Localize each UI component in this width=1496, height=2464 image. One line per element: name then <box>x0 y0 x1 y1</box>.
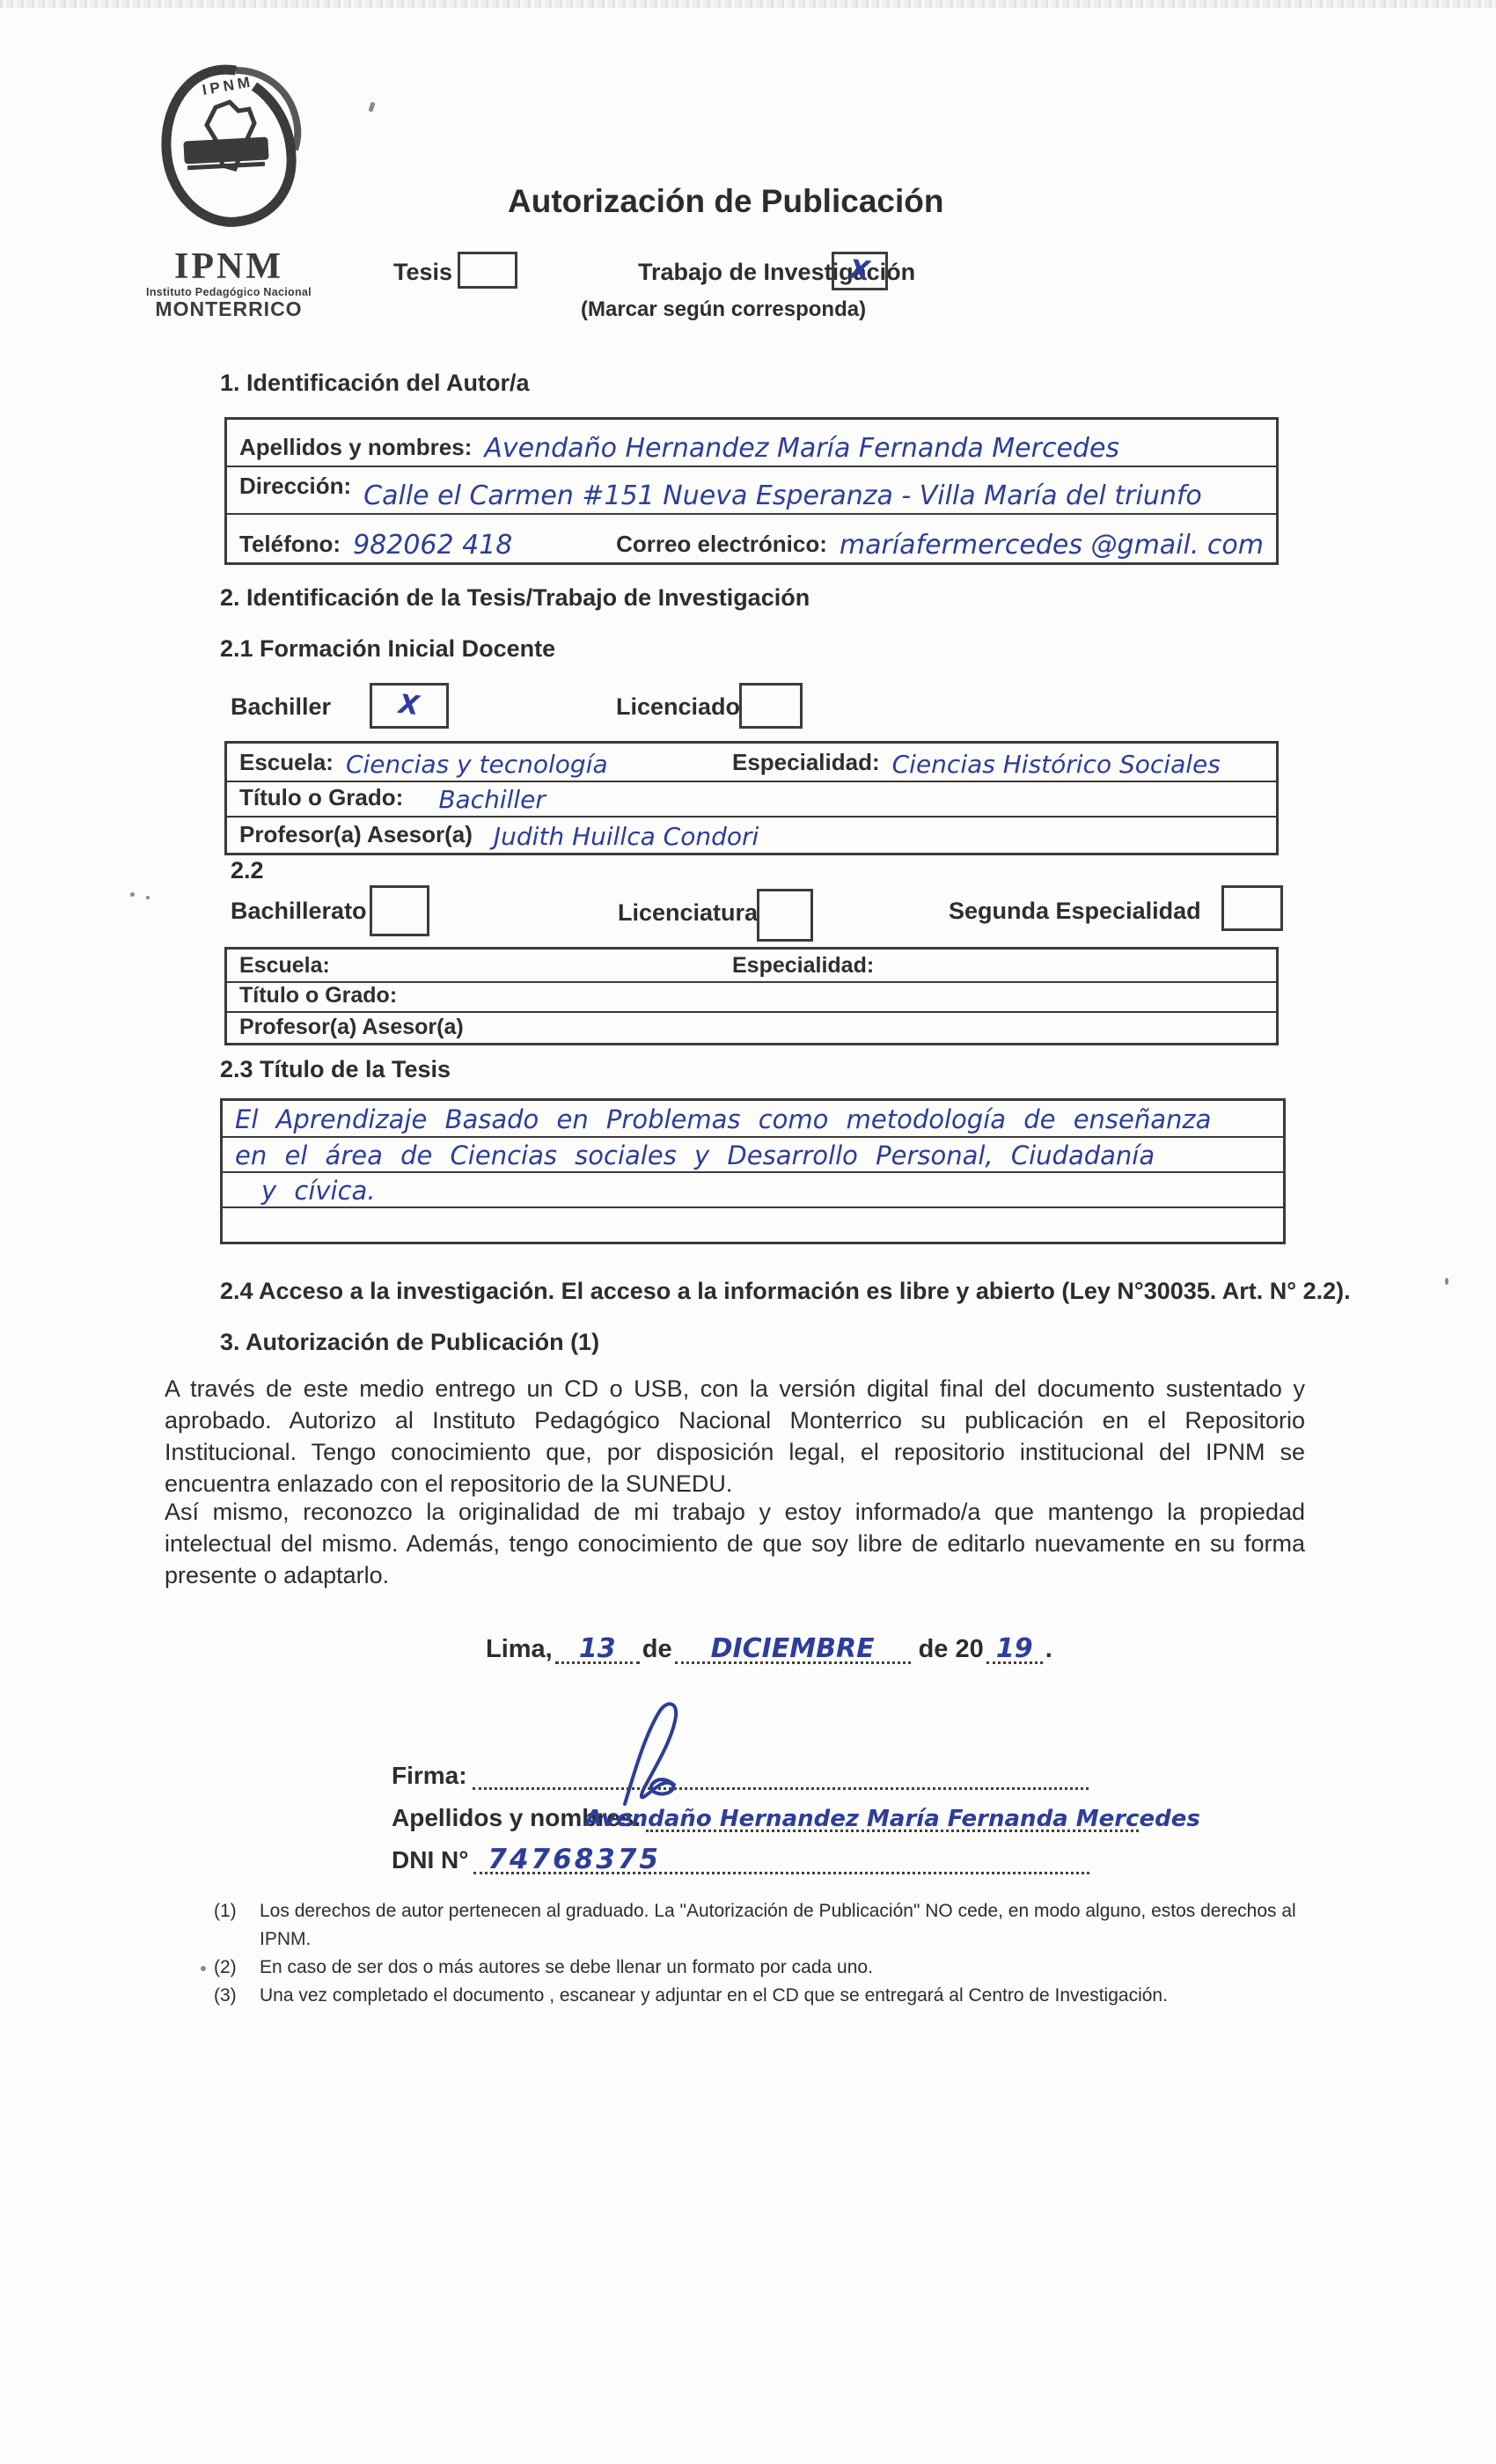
ink-speck <box>368 101 375 112</box>
date-suffix: . <box>1045 1635 1052 1664</box>
footnote-2: (2) En caso de ser dos o más autores se … <box>214 1954 1349 1982</box>
thesis-title-line: en el área de Ciencias sociales y Desarr… <box>223 1136 1283 1171</box>
footnote-2-number: (2) <box>214 1954 237 1982</box>
apellidos-nombres-field: Avendaño Hernandez María Fernanda Merced… <box>646 1808 1139 1832</box>
apellidos-row: Apellidos y nombres. Avendaño Hernandez … <box>392 1804 1141 1832</box>
date-day-field: 13 <box>555 1637 640 1664</box>
table-row-profesor: Profesor(a) Asesor(a) Judith Huillca Con… <box>227 816 1276 853</box>
date-day-value: 13 <box>579 1637 616 1661</box>
thesis-title-box: El Aprendizaje Basado en Problemas como … <box>220 1098 1286 1244</box>
section24-text: 2.4 Acceso a la investigación. El acceso… <box>220 1278 1351 1305</box>
section21-heading: 2.1 Formación Inicial Docente <box>220 635 555 663</box>
date-month-field: DICIEMBRE <box>675 1637 911 1664</box>
footnote-2-text: En caso de ser dos o más autores se debe… <box>260 1957 873 1977</box>
footnote-3-number: (3) <box>214 1982 237 2010</box>
table-row-escuela: Escuela: Ciencias y tecnología Especiali… <box>227 744 1276 781</box>
signature-icon <box>605 1697 729 1811</box>
formacion-inicial-table: Escuela: Ciencias y tecnología Especiali… <box>224 741 1279 855</box>
date-month-value: DICIEMBRE <box>711 1637 875 1661</box>
authorization-paragraph-2: Así mismo, reconozco la originalidad de … <box>165 1496 1305 1591</box>
tesis-checkbox <box>458 252 517 289</box>
dni-field: 74768375 <box>473 1847 1089 1874</box>
ink-speck <box>1445 1278 1448 1285</box>
firma-row: Firma: <box>392 1762 1091 1790</box>
thesis-title-line2: en el área de Ciencias sociales y Desarr… <box>235 1140 1155 1170</box>
bachillerato-label: Bachillerato <box>231 898 367 925</box>
trabajo-checkbox-mark: X <box>848 257 871 285</box>
author-table: Apellidos y nombres: Avendaño Hernandez … <box>224 417 1279 565</box>
date-year-value: 19 <box>996 1637 1033 1661</box>
thesis-title-line <box>223 1206 1283 1242</box>
bachiller-checkbox-mark: X <box>398 692 421 720</box>
licenciatura-label: Licenciatura <box>618 899 758 927</box>
date-de1: de <box>642 1635 672 1664</box>
trabajo-checkbox: X <box>832 252 888 290</box>
footnote-3: (3) Una vez completado el documento , es… <box>214 1982 1349 2010</box>
table-row-direccion: Dirección: Calle el Carmen #151 Nueva Es… <box>227 466 1276 513</box>
firma-field <box>473 1787 1089 1790</box>
footnote-1-number: (1) <box>214 1897 237 1925</box>
profesor-label: Profesor(a) Asesor(a) <box>239 821 473 848</box>
thesis-title-line: y cívica. <box>223 1171 1283 1206</box>
escuela-value: Ciencias y tecnología <box>346 750 608 779</box>
table-row-escuela-empty: Escuela: Especialidad: <box>227 950 1276 981</box>
date-prefix: Lima, <box>486 1635 553 1664</box>
direccion-label: Dirección: <box>239 467 351 500</box>
correo-value: maríafermercedes @gmail. com <box>840 530 1264 561</box>
scanner-edge-artifact <box>0 0 1496 8</box>
direccion-value: Calle el Carmen #151 Nueva Esperanza - V… <box>363 480 1202 511</box>
table-row-profesor-empty: Profesor(a) Asesor(a) <box>227 1011 1276 1043</box>
dni-row: DNI N° 74768375 <box>392 1846 1092 1874</box>
date-de2: de 20 <box>919 1635 984 1664</box>
footnote-1: (1) Los derechos de autor pertenecen al … <box>214 1897 1349 1954</box>
firma-label: Firma: <box>392 1762 467 1790</box>
ipnm-logo: IPNM IPNM Instituto Pedagógico Nacional … <box>141 58 317 319</box>
logo-acronym: IPNM <box>141 249 317 284</box>
section2-heading: 2. Identificación de la Tesis/Trabajo de… <box>220 584 810 612</box>
tesis-label: Tesis <box>393 259 452 286</box>
licenciado-checkbox <box>739 683 803 729</box>
section22-heading: 2.2 <box>231 857 264 884</box>
footnotes: (1) Los derechos de autor pertenecen al … <box>214 1897 1349 2010</box>
segunda-especialidad-checkbox <box>1221 885 1283 931</box>
section23-heading: 2.3 Título de la Tesis <box>220 1056 451 1083</box>
section3-heading: 3. Autorización de Publicación (1) <box>220 1329 599 1356</box>
titulo-label: Título o Grado: <box>239 983 397 1008</box>
table-row-titulo: Título o Grado: Bachiller <box>227 781 1276 816</box>
escuela-label: Escuela: <box>239 953 330 979</box>
apellidos-label: Apellidos y nombres: <box>239 434 472 461</box>
especialidad-value: Ciencias Histórico Sociales <box>892 750 1221 779</box>
section22-table: Escuela: Especialidad: Título o Grado: P… <box>224 947 1279 1045</box>
table-row-apellidos: Apellidos y nombres: Avendaño Hernandez … <box>227 420 1276 466</box>
dni-value: 74768375 <box>473 1847 661 1872</box>
bachiller-checkbox: X <box>370 683 449 729</box>
apellidos-nombres-value: Avendaño Hernandez María Fernanda Merced… <box>584 1808 1199 1830</box>
especialidad-label: Especialidad: <box>732 953 874 979</box>
dni-label: DNI N° <box>392 1846 468 1874</box>
authorization-paragraph-1: A través de este medio entrego un CD o U… <box>165 1373 1305 1500</box>
ink-speck <box>146 896 150 899</box>
thesis-title-line1: El Aprendizaje Basado en Problemas como … <box>235 1104 1211 1134</box>
table-row-telefono-correo: Teléfono: 982062 418 Correo electrónico:… <box>227 513 1276 562</box>
thesis-title-line3: y cívica. <box>235 1176 376 1206</box>
table-row-titulo-empty: Título o Grado: <box>227 981 1276 1011</box>
titulo-value: Bachiller <box>438 785 546 814</box>
page-title: Autorización de Publicación <box>508 183 943 220</box>
telefono-label: Teléfono: <box>239 531 341 558</box>
marcar-note: (Marcar según corresponda) <box>581 297 866 322</box>
scanned-authorization-form: IPNM IPNM Instituto Pedagógico Nacional … <box>0 0 1496 2464</box>
ink-speck <box>201 1966 206 1971</box>
date-line: Lima, 13 de DICIEMBRE de 20 19 . <box>486 1635 1052 1664</box>
footnote-1-text: Los derechos de autor pertenecen al grad… <box>260 1901 1296 1949</box>
ink-speck <box>130 892 135 897</box>
segunda-especialidad-label: Segunda Especialidad <box>949 898 1201 925</box>
apellidos-value: Avendaño Hernandez María Fernanda Merced… <box>484 433 1119 464</box>
profesor-value: Judith Huillca Condori <box>494 822 759 851</box>
profesor-label: Profesor(a) Asesor(a) <box>239 1015 464 1040</box>
bachillerato-checkbox <box>370 885 429 936</box>
titulo-label: Título o Grado: <box>239 784 403 811</box>
thesis-title-line: El Aprendizaje Basado en Problemas como … <box>223 1101 1283 1136</box>
date-year-field: 19 <box>986 1637 1043 1664</box>
logo-institute-name: Instituto Pedagógico Nacional <box>141 286 317 298</box>
telefono-value: 982062 418 <box>353 530 616 561</box>
ipnm-emblem-icon: IPNM <box>152 58 306 245</box>
logo-monterrico: MONTERRICO <box>141 298 317 319</box>
licenciado-label: Licenciado <box>616 693 740 721</box>
escuela-label: Escuela: <box>239 749 334 776</box>
licenciatura-checkbox <box>757 889 813 942</box>
footnote-3-text: Una vez completado el documento , escane… <box>260 1985 1168 2006</box>
bachiller-label: Bachiller <box>231 693 331 721</box>
section1-heading: 1. Identificación del Autor/a <box>220 370 530 397</box>
especialidad-label: Especialidad: <box>732 749 880 776</box>
correo-label: Correo electrónico: <box>616 531 827 558</box>
